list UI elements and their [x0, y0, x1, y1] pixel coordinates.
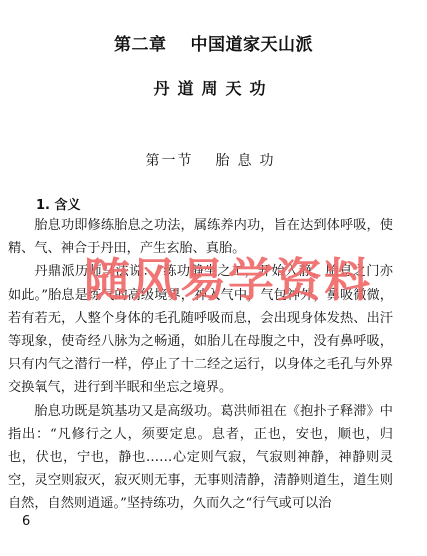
subtitle: 丹道周天功 — [0, 76, 427, 99]
section-number: 第一节 — [146, 153, 194, 169]
section-title: 第一节胎息功 — [0, 150, 427, 170]
paragraph: 胎息功既是筑基功又是高级功。葛洪师祖在《抱扑子释滞》中指出：“凡修行之人，须要定… — [8, 400, 393, 516]
chapter-name: 中国道家天山派 — [191, 35, 314, 55]
section-name: 胎息功 — [216, 153, 282, 169]
chapter-title: 第二章中国道家天山派 — [0, 30, 427, 55]
page-number: 6 — [22, 514, 30, 529]
subheading: 1. 含义 — [36, 194, 81, 213]
watermark: 随风易学资料 — [84, 252, 372, 308]
chapter-number: 第二章 — [114, 35, 167, 55]
